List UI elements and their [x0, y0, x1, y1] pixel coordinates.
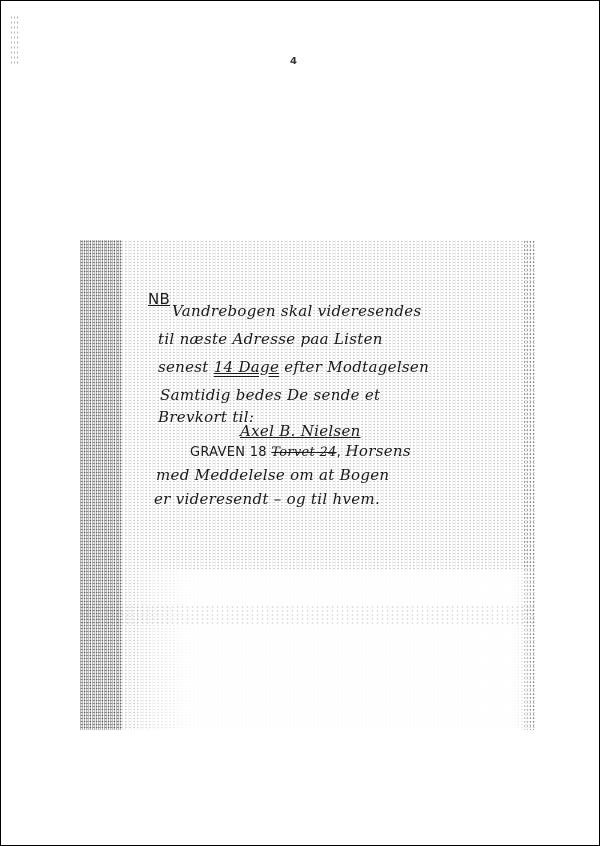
scan-noise-band — [80, 605, 535, 625]
handwritten-line: senest 14 Dage efter Modtagelsen — [158, 358, 429, 376]
handwritten-line: Samtidig bedes De sende et — [160, 386, 380, 404]
nb-marker: NB — [148, 290, 170, 308]
page-number: 4 — [290, 56, 297, 67]
handwritten-line: er videresendt – og til hvem. — [154, 490, 380, 508]
scanned-note: NB Vandrebogen skal videresendes til næs… — [80, 240, 535, 730]
scan-edge-specks — [10, 15, 20, 65]
handwritten-line: Vandrebogen skal videresendes — [172, 302, 421, 320]
scan-fade — [80, 570, 535, 730]
handwritten-line: til næste Adresse paa Listen — [158, 330, 383, 348]
deadline-underlined: 14 Dage — [214, 358, 279, 376]
handwritten-line: med Meddelelse om at Bogen — [156, 466, 389, 484]
struck-address: Torvet 24 — [271, 445, 336, 460]
street-stamp: GRAVEN 18 — [190, 445, 267, 460]
handwritten-word: efter Modtagelsen — [284, 358, 429, 376]
handwritten-word: senest — [158, 358, 209, 376]
city: Horsens — [346, 442, 411, 460]
address-line: GRAVEN 18 Torvet 24, Horsens — [190, 442, 411, 460]
signature-name: Axel B. Nielsen — [240, 422, 361, 440]
